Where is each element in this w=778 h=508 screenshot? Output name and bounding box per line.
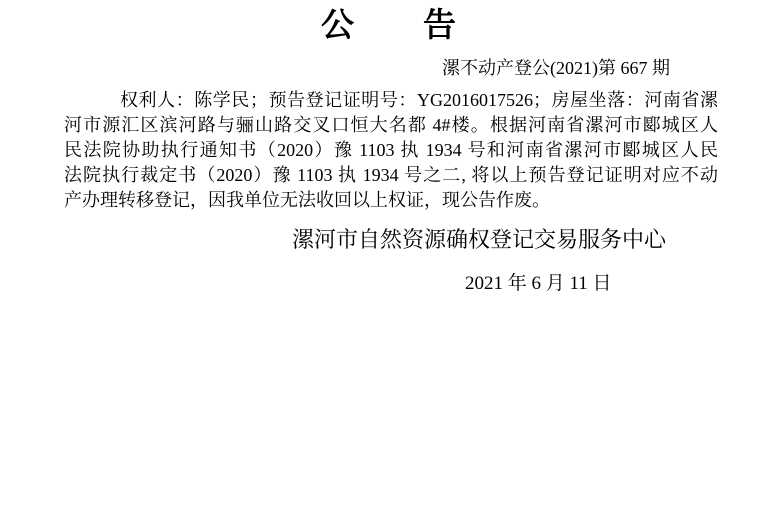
body-line: 权利人：陈学民；预告登记证明号：YG2016017526；房屋坐落：河南省漯: [64, 88, 718, 113]
announcement-page: 公 告 漯不动产登公(2021)第 667 期 权利人：陈学民；预告登记证明号：…: [0, 0, 778, 508]
announcement-body: 权利人：陈学民；预告登记证明号：YG2016017526；房屋坐落：河南省漯 河…: [64, 88, 718, 213]
body-line: 民法院协助执行通知书（2020）豫 1103 执 1934 号和河南省漯河市郾城…: [64, 138, 718, 163]
body-line: 产办理转移登记，因我单位无法收回以上权证，现公告作废。: [64, 188, 718, 213]
page-title: 公 告: [0, 0, 778, 46]
announcement-date: 2021 年 6 月 11 日: [465, 271, 778, 297]
issue-number: 漯不动产登公(2021)第 667 期: [0, 56, 778, 81]
body-line: 法院执行裁定书（2020）豫 1103 执 1934 号之二, 将以上预告登记证…: [64, 163, 718, 188]
issuer-name: 漯河市自然资源确权登记交易服务中心: [292, 225, 778, 255]
body-line: 河市源汇区滨河路与骊山路交叉口恒大名都 4#楼。根据河南省漯河市郾城区人: [64, 113, 718, 138]
